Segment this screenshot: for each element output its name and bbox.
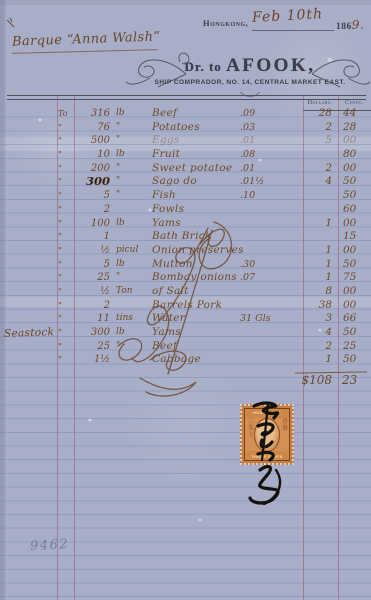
row-item: Yams bbox=[152, 326, 238, 340]
row-rate: .01½ bbox=[240, 175, 298, 189]
year-handwritten-digit: 9. bbox=[352, 18, 364, 32]
row-rate: .30 bbox=[240, 258, 298, 272]
row-dollars: 5 bbox=[294, 134, 332, 148]
stamp-bottom-text: THREE CENTS bbox=[245, 454, 289, 459]
table-row: "25"Beef225 bbox=[0, 340, 371, 354]
row-unit: lb bbox=[116, 217, 150, 231]
row-qty: 5 bbox=[68, 258, 110, 272]
row-qty: 200 bbox=[68, 162, 110, 176]
row-dollars: 1 bbox=[294, 217, 332, 231]
row-dollars: 28 bbox=[294, 107, 332, 121]
table-row: "1Bath Brick15 bbox=[0, 230, 371, 244]
row-rate: .01 bbox=[240, 134, 298, 148]
row-cents: 44 bbox=[343, 107, 369, 121]
table-row: "500"Eggs.01500 bbox=[0, 134, 371, 148]
row-qty: 300 bbox=[68, 326, 110, 340]
year-printed: 186 bbox=[336, 22, 352, 32]
row-dollars: 1 bbox=[294, 271, 332, 285]
row-cents: 50 bbox=[343, 353, 369, 367]
row-unit: Ton bbox=[116, 285, 150, 299]
row-rate: .09 bbox=[240, 107, 298, 121]
table-row: "300lbYams450 bbox=[0, 326, 371, 340]
row-qty: 10 bbox=[68, 148, 110, 162]
row-cents: 00 bbox=[343, 217, 369, 231]
row-dollars: 2 bbox=[294, 162, 332, 176]
row-dollars: 38 bbox=[294, 299, 332, 313]
row-item: Fowls bbox=[152, 203, 238, 217]
row-qty: ½ bbox=[68, 285, 110, 299]
row-item: Sweet potatoe bbox=[152, 162, 238, 176]
total-cents: 23 bbox=[342, 373, 357, 388]
row-dollars: 4 bbox=[294, 175, 332, 189]
row-cents: 15 bbox=[343, 230, 369, 244]
handwritten-date: Feb 10th bbox=[252, 6, 324, 26]
stamp-right-characters: 香港 bbox=[280, 418, 288, 451]
row-qty: 316 bbox=[68, 107, 110, 121]
stamp-portrait-oval bbox=[254, 418, 280, 452]
table-row: "5"Fish.1050 bbox=[0, 189, 371, 203]
table-row: "10lbFruit.0880 bbox=[0, 148, 371, 162]
table-row: "76"Potatoes.03228 bbox=[0, 121, 371, 135]
row-rate: .08 bbox=[240, 148, 298, 162]
row-rate: .07 bbox=[240, 271, 298, 285]
row-qty: 1 bbox=[68, 230, 110, 244]
row-rate: 31 Gls bbox=[240, 312, 298, 326]
row-item: Fruit bbox=[152, 148, 238, 162]
pencil-number-note: 9462 bbox=[30, 537, 70, 554]
row-cents: 50 bbox=[343, 175, 369, 189]
row-dollars: 2 bbox=[294, 121, 332, 135]
date-baseline bbox=[252, 30, 334, 31]
row-qty: 25 bbox=[68, 340, 110, 354]
row-rate: .03 bbox=[240, 121, 298, 135]
row-item: Onion preserves bbox=[152, 244, 238, 258]
row-qty: 25 bbox=[68, 271, 110, 285]
table-row: "200"Sweet potatoe.01200 bbox=[0, 162, 371, 176]
table-row: "2Fowls60 bbox=[0, 203, 371, 217]
comprador-name: AFOOK, bbox=[226, 55, 315, 76]
year-label: 1869. bbox=[336, 18, 364, 32]
row-cents: 00 bbox=[343, 285, 369, 299]
row-unit: picul bbox=[116, 244, 150, 258]
row-cents: 28 bbox=[343, 121, 369, 135]
row-qty: 2 bbox=[68, 203, 110, 217]
letterhead-subtitle: SHIP COMPRADOR, NO. 14, CENTRAL MARKET E… bbox=[125, 79, 371, 86]
row-dollars: 1 bbox=[294, 244, 332, 258]
row-cents: 50 bbox=[343, 326, 369, 340]
row-cents: 50 bbox=[343, 258, 369, 272]
row-item: Yams bbox=[152, 217, 238, 231]
table-row: "½piculOnion preserves100 bbox=[0, 244, 371, 258]
row-cents: 80 bbox=[343, 148, 369, 162]
table-row: "11tinsWater31 Gls366 bbox=[0, 312, 371, 326]
row-cents: 00 bbox=[343, 244, 369, 258]
row-qty: 5 bbox=[68, 189, 110, 203]
table-row: "½Tonof Salt800 bbox=[0, 285, 371, 299]
row-qty: 300 bbox=[68, 175, 110, 189]
revenue-stamp: HONG KONG 三先士 香港 THREE CENTS bbox=[240, 404, 294, 465]
row-dollars: 2 bbox=[294, 340, 332, 354]
seastock-margin-note: Seastock bbox=[4, 326, 55, 340]
row-qty: ½ bbox=[68, 244, 110, 258]
table-row: "2Barrels Pork3800 bbox=[0, 299, 371, 313]
row-dollars: 4 bbox=[294, 326, 332, 340]
row-qty: 2 bbox=[68, 299, 110, 313]
row-item: Mutton bbox=[152, 258, 238, 272]
row-cents: 66 bbox=[343, 312, 369, 326]
row-item: Sago do bbox=[152, 175, 238, 189]
letterhead-title: Dr. to AFOOK, bbox=[125, 55, 371, 77]
row-dollars: 3 bbox=[294, 312, 332, 326]
stamp-frame: HONG KONG 三先士 香港 THREE CENTS bbox=[244, 408, 290, 461]
row-item: Beef bbox=[152, 107, 238, 121]
ship-name: Barque “Anna Walsh” bbox=[12, 29, 161, 49]
row-item: Barrels Pork bbox=[152, 299, 238, 313]
row-rate: .01 bbox=[240, 162, 298, 176]
row-cents: 75 bbox=[343, 271, 369, 285]
row-cents: 00 bbox=[343, 134, 369, 148]
row-unit: lb bbox=[116, 148, 150, 162]
row-unit: lb bbox=[116, 326, 150, 340]
row-unit: lb bbox=[116, 107, 150, 121]
row-unit: " bbox=[116, 340, 150, 354]
total-row: $108 23 bbox=[0, 373, 371, 388]
row-unit: " bbox=[116, 175, 150, 189]
row-qty: 1½ bbox=[68, 353, 110, 367]
row-item: Water bbox=[152, 312, 238, 326]
table-row: "100lbYams100 bbox=[0, 217, 371, 231]
row-dollars: 1 bbox=[294, 258, 332, 272]
row-item: Eggs bbox=[152, 134, 238, 148]
ship-name-underline bbox=[12, 49, 158, 54]
stamp-top-text: HONG KONG bbox=[245, 410, 289, 415]
row-item: Bombay onions bbox=[152, 271, 238, 285]
row-unit: " bbox=[116, 121, 150, 135]
row-cents: 50 bbox=[343, 189, 369, 203]
row-item: Potatoes bbox=[152, 121, 238, 135]
row-qty: 500 bbox=[68, 134, 110, 148]
row-rate: .10 bbox=[240, 189, 298, 203]
row-unit: " bbox=[116, 189, 150, 203]
row-cents: 25 bbox=[343, 340, 369, 354]
row-dollars: 8 bbox=[294, 285, 332, 299]
table-rows: To316lbBeef.092844"76"Potatoes.03228"500… bbox=[0, 107, 371, 367]
letterhead: Dr. to AFOOK, SHIP COMPRADOR, NO. 14, CE… bbox=[125, 55, 371, 86]
row-item: Cabbage bbox=[152, 353, 238, 367]
row-qty: 76 bbox=[68, 121, 110, 135]
total-dollars: $108 bbox=[288, 373, 332, 388]
row-item: Bath Brick bbox=[152, 230, 238, 244]
table-row: To316lbBeef.092844 bbox=[0, 107, 371, 121]
table-row: "300"Sago do.01½450 bbox=[0, 175, 371, 189]
table-row: "25"Bombay onions.07175 bbox=[0, 271, 371, 285]
row-cents: 00 bbox=[343, 299, 369, 313]
row-unit: lb bbox=[116, 258, 150, 272]
row-item: Fish bbox=[152, 189, 238, 203]
row-unit: " bbox=[116, 134, 150, 148]
row-item: Beef bbox=[152, 340, 238, 354]
title-prefix: Dr. to bbox=[185, 59, 227, 74]
table-row: "5lbMutton.30150 bbox=[0, 258, 371, 272]
row-unit: " bbox=[116, 162, 150, 176]
row-unit: " bbox=[116, 271, 150, 285]
row-item: of Salt bbox=[152, 285, 238, 299]
row-dollars: 1 bbox=[294, 353, 332, 367]
row-cents: 60 bbox=[343, 203, 369, 217]
row-qty: 11 bbox=[68, 312, 110, 326]
ink-tick-mark bbox=[7, 18, 14, 27]
stamp-left-characters: 三先士 bbox=[246, 418, 254, 451]
place-label: Hongkong, bbox=[203, 18, 248, 28]
row-unit: tins bbox=[116, 312, 150, 326]
invoice-document: Hongkong, Feb 10th 1869. Barque “Anna Wa… bbox=[0, 0, 371, 600]
row-qty: 100 bbox=[68, 217, 110, 231]
row-cents: 00 bbox=[343, 162, 369, 176]
table-row: "1½Cabbage150 bbox=[0, 353, 371, 367]
